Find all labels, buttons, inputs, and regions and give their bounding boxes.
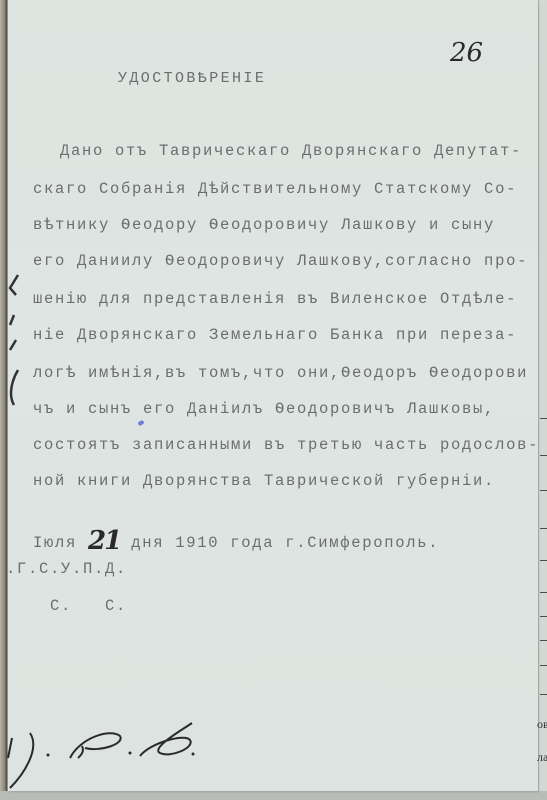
ruler-tick <box>540 528 547 529</box>
adjacent-page-text: ов <box>537 717 547 732</box>
abbreviation: .Г.С.У.П.Д. <box>6 560 127 578</box>
ruler-tick <box>540 665 547 666</box>
adjacent-page-edge <box>538 0 547 800</box>
ruler-tick <box>540 694 547 695</box>
ruler-tick <box>540 455 547 456</box>
ruler-tick <box>540 640 547 641</box>
date-rest: дня 1910 года г.Симферополь. <box>131 534 439 552</box>
adjacent-page-text: ла <box>537 750 547 765</box>
body-line: Дано отъ Таврическаго Дворянскаго Депута… <box>60 142 522 160</box>
ruler-tick <box>540 592 547 593</box>
body-line: вѣтнику Ѳеодору Ѳеодоровичу Лашкову и сы… <box>33 216 495 234</box>
body-line: шенію для представленія въ Виленское Отд… <box>33 290 517 308</box>
body-line: его Даниилу Ѳеодоровичу Лашкову,согласно… <box>33 252 528 270</box>
ruler-tick <box>540 560 547 561</box>
body-line: состоятъ записанными въ третью часть род… <box>33 436 539 454</box>
body-line: ной книги Дворянства Таврической губерні… <box>33 472 495 490</box>
document-sheet <box>8 0 538 791</box>
margin-handwriting <box>4 270 24 410</box>
date-day-handwritten: 21 <box>88 526 120 556</box>
date-line: Іюля 21 дня 1910 года г.Симферополь. <box>33 524 439 554</box>
ruler-tick <box>540 616 547 617</box>
document-title: УДОСТОВѢРЕНIЕ <box>118 70 266 87</box>
body-line: чъ и сынъ его Даніилъ Ѳеодоровичъ Лашков… <box>33 400 495 418</box>
page-number: 26 <box>450 38 483 68</box>
signature <box>0 718 220 793</box>
body-line: логѣ имѣнія,въ томъ,что они,Ѳеодоръ Ѳеод… <box>33 364 528 382</box>
date-month: Іюля <box>33 534 77 552</box>
initials: С. С. <box>50 597 127 615</box>
body-line: ніе Дворянскаго Земельнаго Банка при пер… <box>33 326 517 344</box>
body-line: скаго Собранія Дѣйствительному Статскому… <box>33 180 517 198</box>
ruler-tick <box>540 490 547 491</box>
ruler-tick <box>540 418 547 419</box>
